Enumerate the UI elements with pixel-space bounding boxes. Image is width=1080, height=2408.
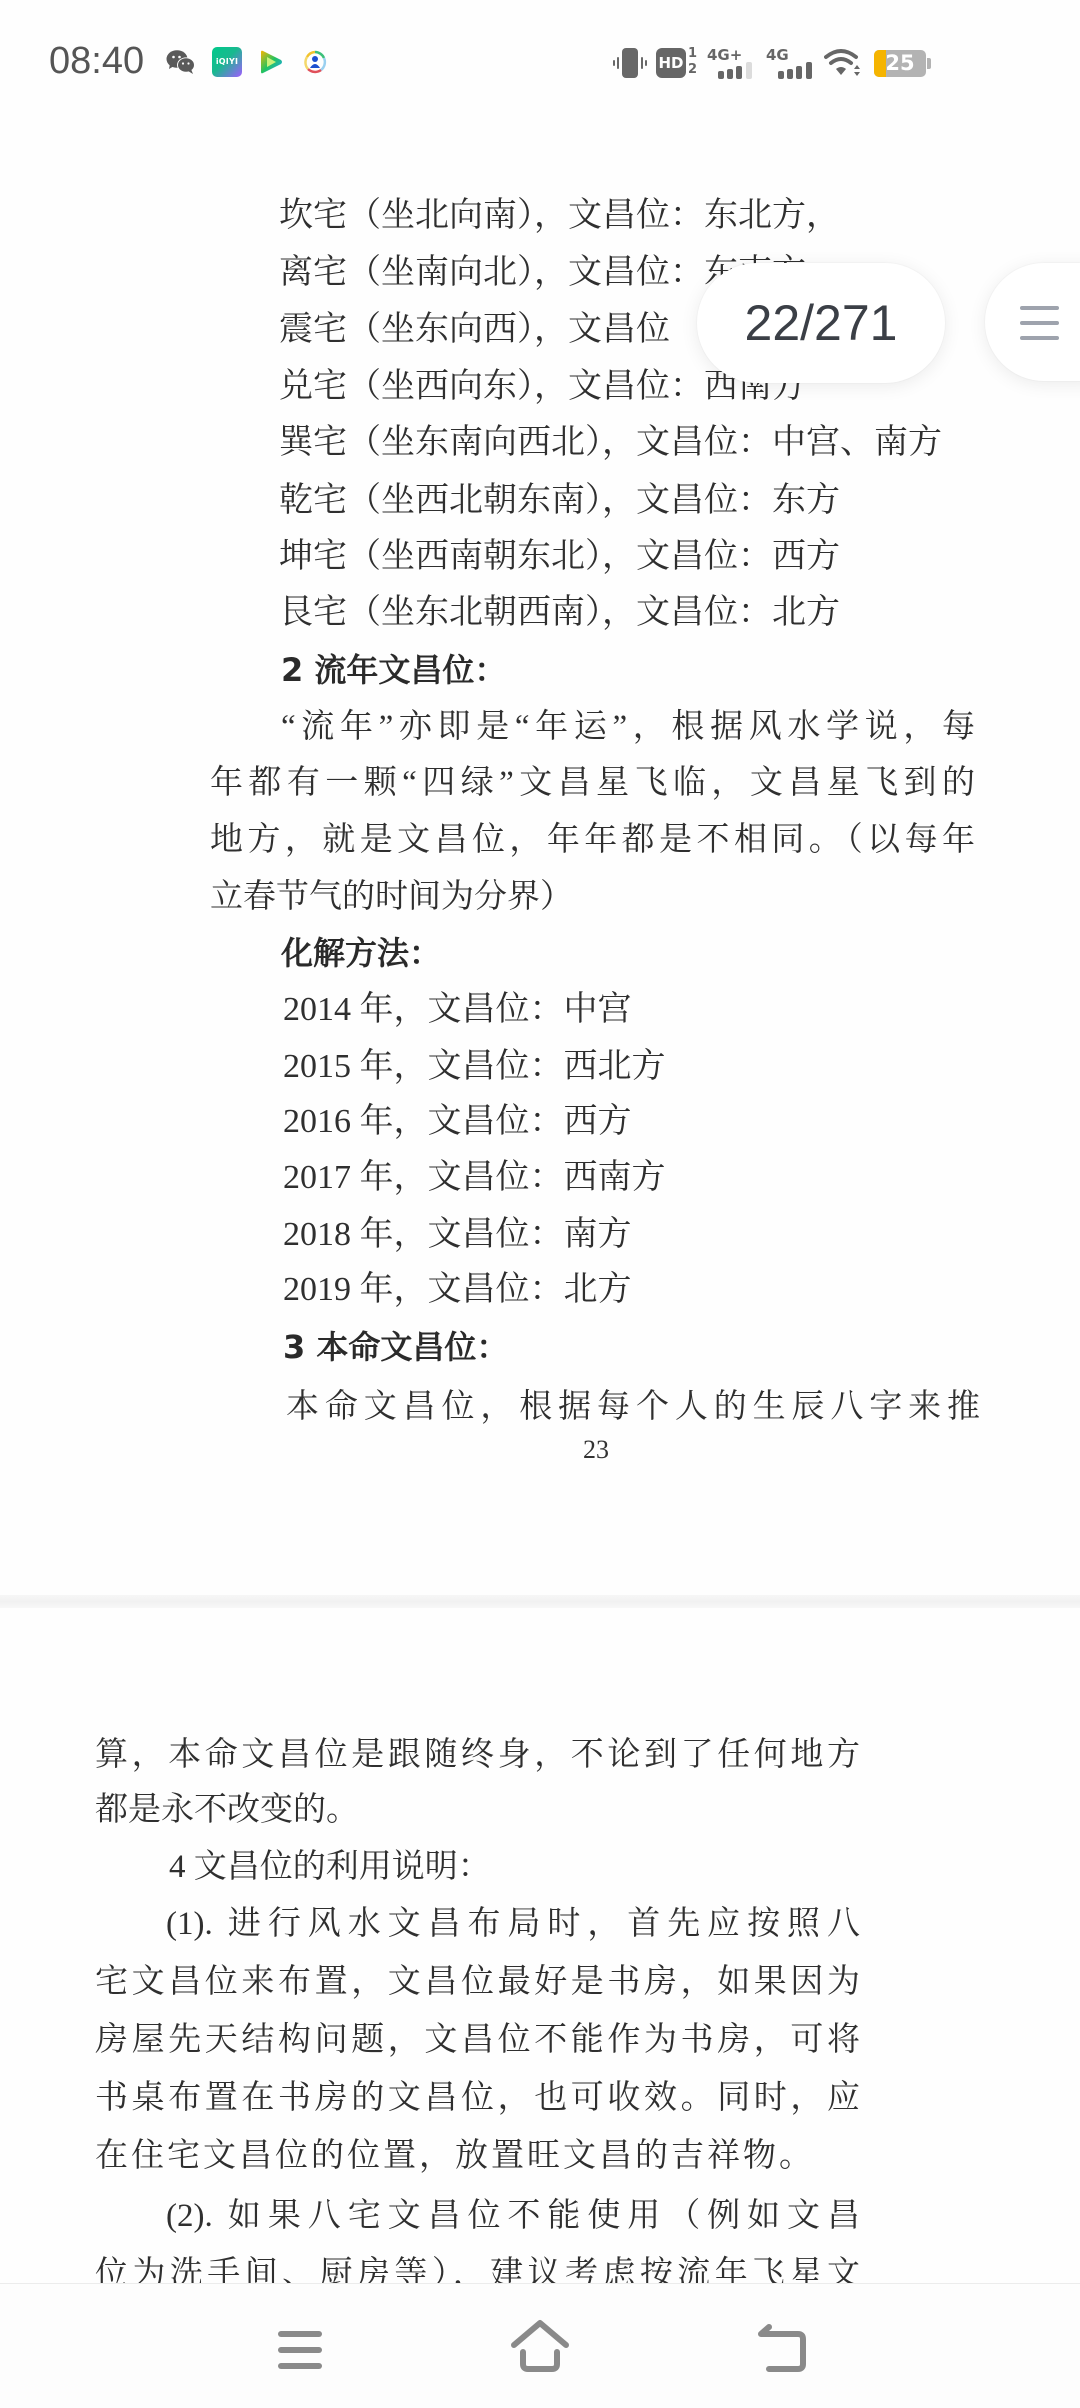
section-heading: 4 文昌位的利用说明：	[169, 1847, 491, 1887]
battery-icon: 25	[874, 50, 926, 77]
status-bar: 08:40 iQIYI	[0, 0, 1080, 115]
paragraph-line: 年都有一颗“四绿”文昌星飞临，文昌星飞到的	[210, 763, 975, 803]
recents-menu-icon	[240, 2284, 360, 2408]
year-line: 2018 年，文昌位：南方	[283, 1215, 632, 1255]
paragraph-line: 算，本命文昌位是跟随终身，不论到了任何地方	[95, 1735, 860, 1775]
paragraph-line: 在住宅文昌位的位置，放置旺文昌的吉祥物。	[95, 2136, 815, 2176]
text-line: 巽宅（坐东南向西北），文昌位：中宫、南方	[279, 423, 942, 463]
paragraph-line: 都是永不改变的。	[95, 1790, 359, 1830]
year-line: 2019 年，文昌位：北方	[283, 1270, 632, 1310]
sim-slot-top: 1	[688, 46, 697, 62]
home-icon	[480, 2284, 600, 2408]
vibrate-icon	[612, 47, 648, 79]
document-page-upper: 坎宅（坐北向南），文昌位：东北方， 离宅（坐南向北），文昌位：东南方 震宅（坐东…	[0, 0, 1080, 1595]
recents-button[interactable]	[240, 2284, 360, 2408]
iqiyi-icon: iQIYI	[212, 47, 242, 77]
battery-level: 25	[874, 50, 926, 77]
page-number: 23	[546, 1435, 646, 1465]
system-navigation-bar	[0, 2283, 1080, 2408]
signal-strength-sim2-icon	[778, 61, 814, 79]
tencent-video-icon	[258, 50, 284, 74]
year-line: 2016 年，文昌位：西方	[283, 1102, 632, 1142]
year-line: 2015 年，文昌位：西北方	[283, 1047, 666, 1087]
app-icon	[303, 49, 327, 75]
paragraph-line: (1). 进行风水文昌布局时，首先应按照八	[166, 1904, 860, 1944]
hd-label: HD	[656, 48, 686, 78]
back-button[interactable]	[720, 2284, 840, 2408]
battery-nub	[927, 58, 931, 69]
wifi-icon	[824, 48, 862, 78]
page-divider	[0, 1595, 1080, 1608]
text-line: 坤宅（坐西南朝东北），文昌位：西方	[279, 537, 840, 577]
text-line: 艮宅（坐东北朝西南），文昌位：北方	[279, 593, 840, 633]
back-icon	[720, 2284, 840, 2408]
paragraph-line: (2). 如果八宅文昌位不能使用（例如文昌	[166, 2196, 860, 2236]
wechat-icon	[166, 49, 196, 75]
sim-slot-bottom: 2	[688, 62, 697, 78]
home-button[interactable]	[480, 2284, 600, 2408]
section-heading: 2 流年文昌位：	[281, 650, 506, 690]
paragraph-line: 宅文昌位来布置，文昌位最好是书房，如果因为	[95, 1962, 860, 2002]
paragraph-line: “流年”亦即是“年运”，根据风水学说，每	[281, 707, 975, 747]
year-line: 2014 年，文昌位：中宫	[283, 990, 632, 1030]
paragraph-line: 本命文昌位，根据每个人的生辰八字来推	[286, 1387, 980, 1427]
text-line: 震宅（坐东向西），文昌位	[279, 310, 670, 350]
clock: 08:40	[49, 39, 144, 83]
year-line: 2017 年，文昌位：西南方	[283, 1158, 666, 1198]
paragraph-line: 地方，就是文昌位，年年都是不相同。（以每年	[210, 820, 975, 860]
text-line: 乾宅（坐西北朝东南），文昌位：东方	[279, 481, 840, 521]
section-heading: 3 本命文昌位：	[283, 1327, 508, 1367]
page-indicator[interactable]: 22/271	[697, 263, 945, 383]
text-line: 坎宅（坐北向南），文昌位：东北方，	[279, 196, 840, 236]
paragraph-line: 立春节气的时间为分界）	[210, 877, 573, 917]
section-heading: 化解方法：	[281, 933, 441, 973]
hd-voice-icon: HD	[656, 48, 686, 78]
paragraph-line: 书桌布置在书房的文昌位，也可收效。同时，应	[95, 2078, 860, 2118]
paragraph-line: 房屋先天结构问题，文昌位不能作为书房，可将	[95, 2020, 860, 2060]
signal-strength-sim1-icon	[718, 61, 754, 79]
